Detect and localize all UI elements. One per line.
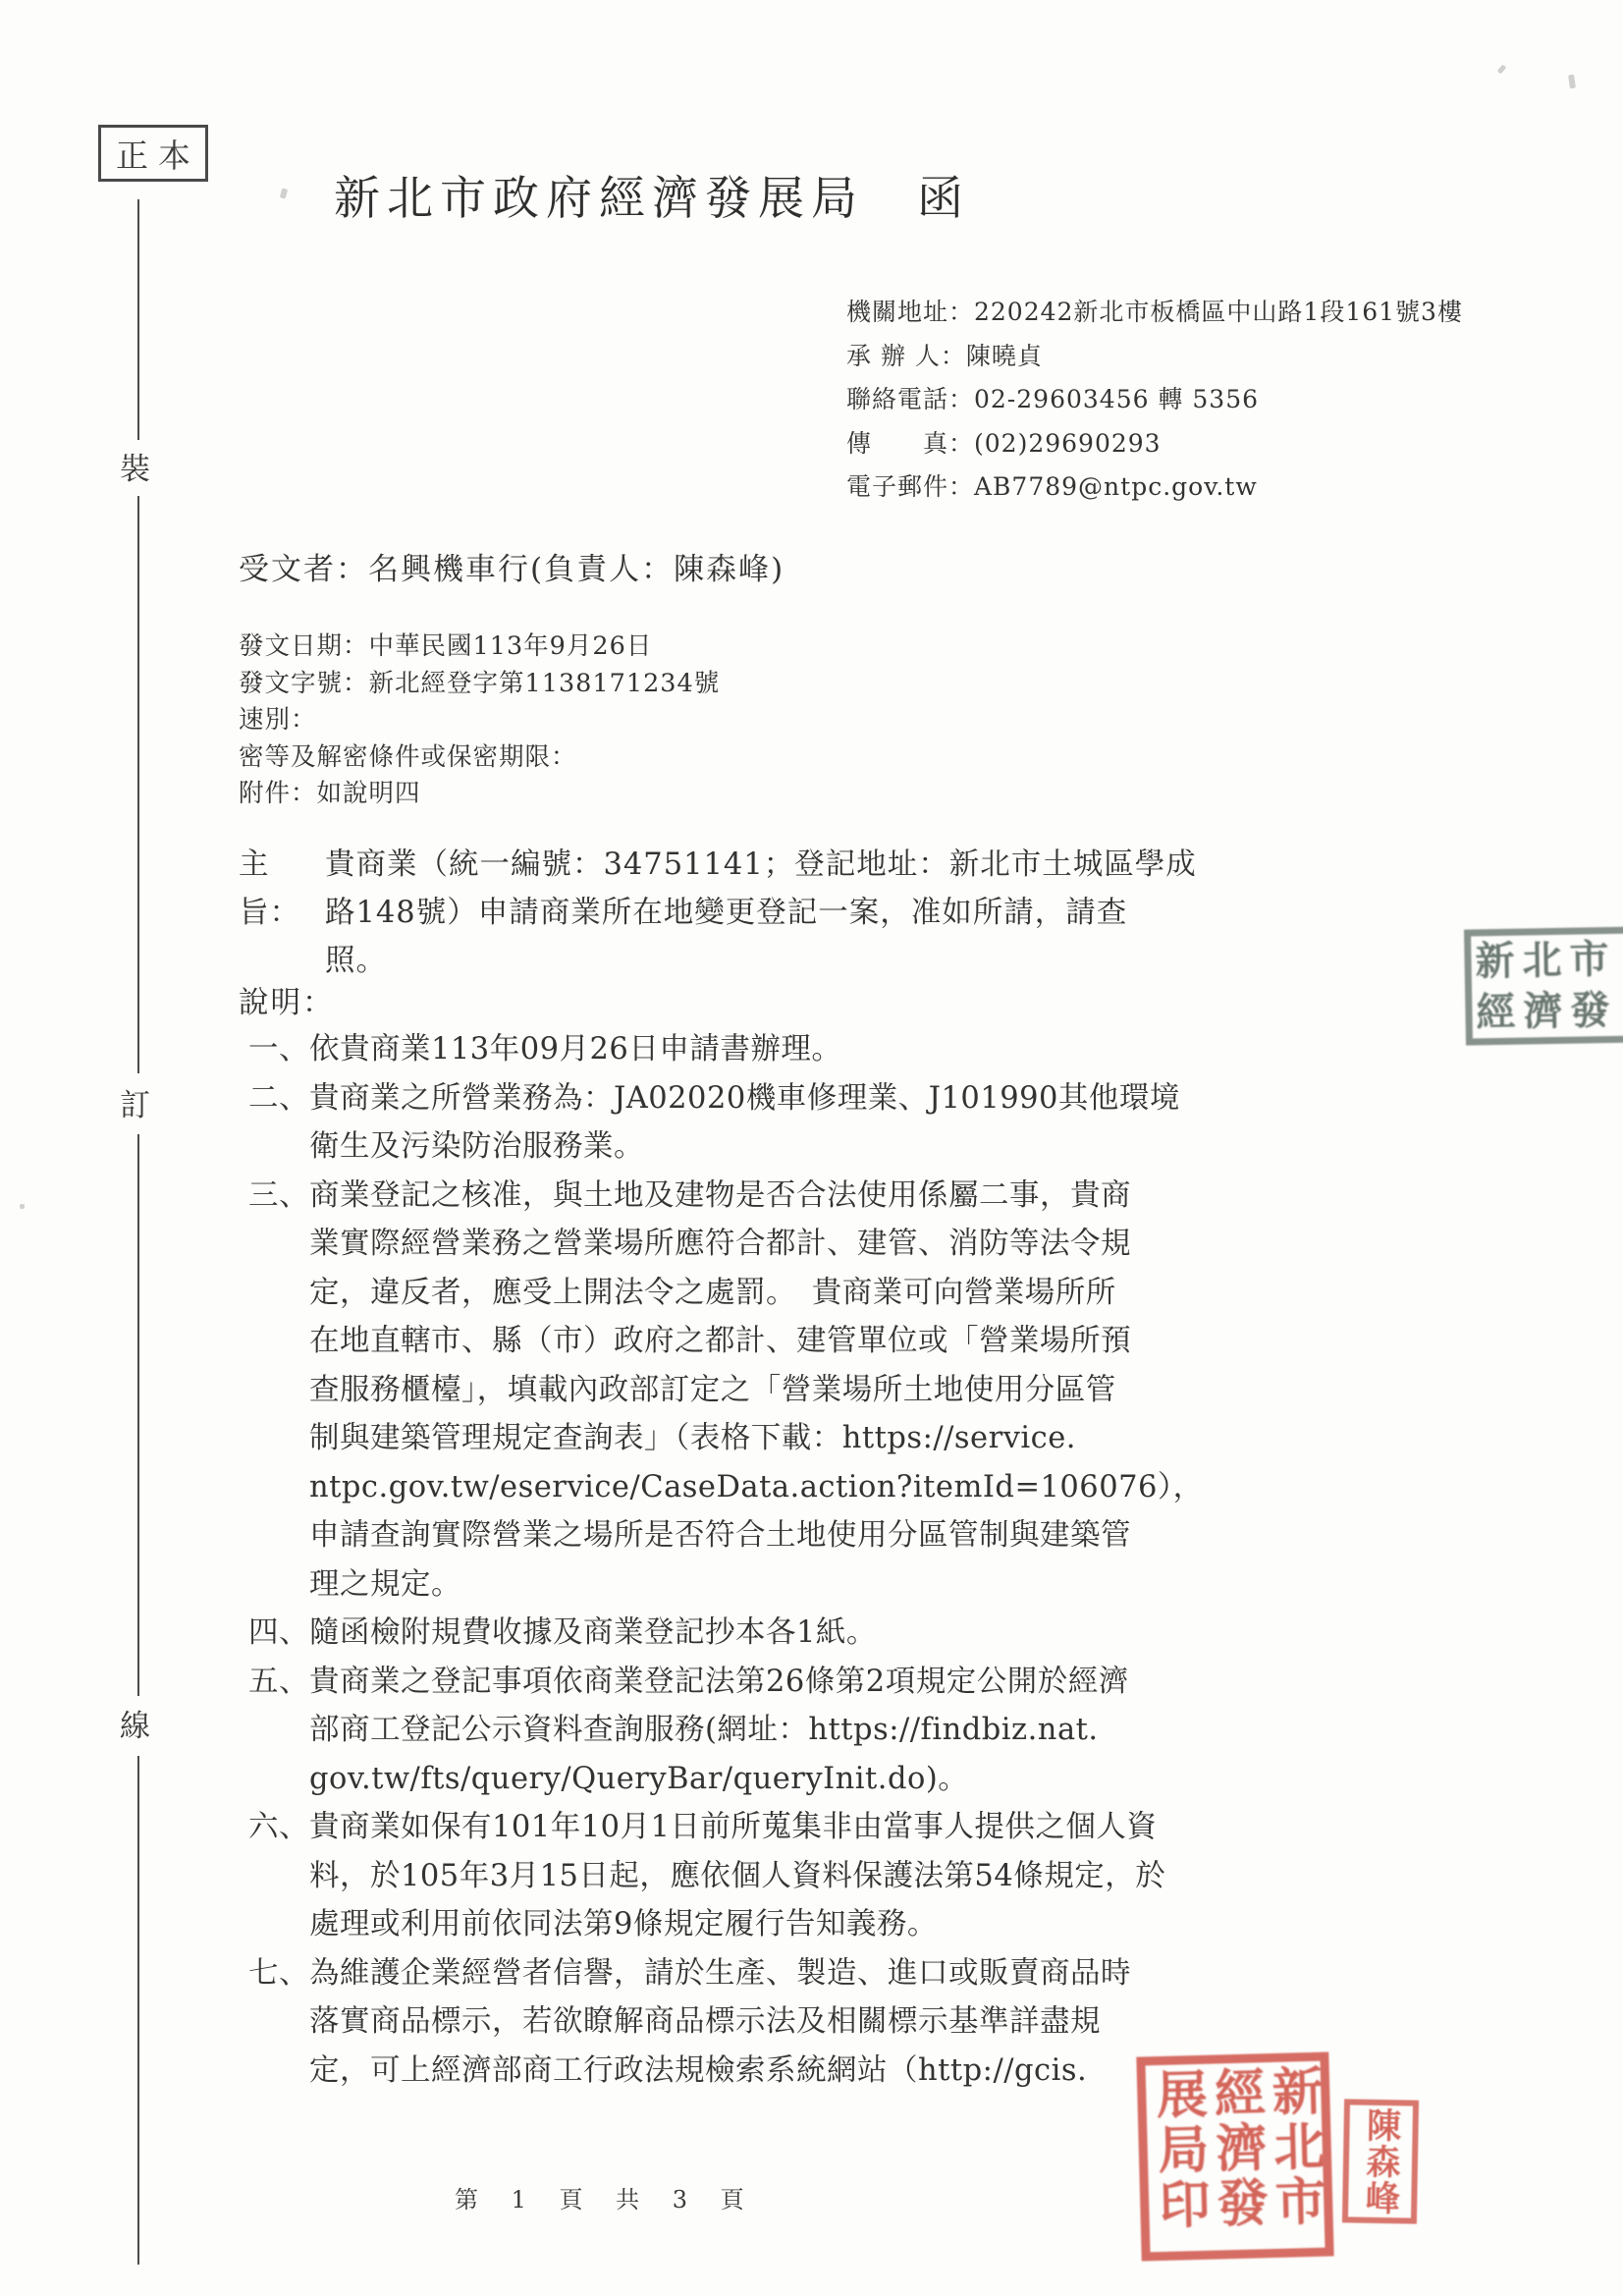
explanation-item-3: 三、 商業登記之核准，與土地及建物是否合法使用係屬二事，貴商 業實際經營業務之營… xyxy=(248,1172,1204,1610)
binding-mark-xian: 線 xyxy=(120,1701,150,1745)
copy-label-box: 正本 xyxy=(98,125,208,182)
sender-contact-block: 機關地址：220242新北市板橋區中山路1段161號3樓 承 辦 人：陳曉貞 聯… xyxy=(846,291,1463,510)
scan-artifact xyxy=(20,1204,25,1209)
binding-mark-zhuang: 裝 xyxy=(120,444,150,488)
explanation-item-4: 四、 隨函檢附規費收據及商業登記抄本各1紙。 xyxy=(248,1609,1204,1658)
copy-label: 正本 xyxy=(116,131,200,177)
subject-text: 貴商業（統一編號：34751141；登記地址：新北市土城區學成 路148號）申請… xyxy=(325,841,1197,985)
binding-line-segment xyxy=(137,199,139,440)
item-text: 貴商業如保有101年10月1日前所蒐集非由當事人提供之個人資 料，於105年3月… xyxy=(309,1803,1165,1949)
page-number: 第 1 頁 共 3 頁 xyxy=(455,2180,757,2214)
red-name-seal-stamp: 陳森峰 xyxy=(1342,2099,1419,2223)
explanation-heading: 說明： xyxy=(239,978,335,1021)
red-agency-seal-stamp: 新北市經濟發展局印 xyxy=(1136,2051,1333,2261)
agency-address: 機關地址：220242新北市板橋區中山路1段161號3樓 xyxy=(846,291,1463,335)
item-marker: 七、 xyxy=(248,1949,309,1998)
security-class: 密等及解密條件或保密期限： xyxy=(239,739,720,777)
item-marker: 三、 xyxy=(248,1172,309,1221)
item-marker: 五、 xyxy=(248,1658,309,1707)
binding-line-segment xyxy=(137,496,139,1073)
document-page: 正本 新北市政府經濟發展局 函 裝 訂 線 機關地址：220242新北市板橋區中… xyxy=(0,0,1623,2296)
attachment-note: 附件：如說明四 xyxy=(239,776,720,813)
item-text: 隨函檢附規費收據及商業登記抄本各1紙。 xyxy=(309,1609,877,1658)
seal-name-text: 陳森峰 xyxy=(1355,2106,1406,2216)
contact-email: 電子郵件：AB7789@ntpc.gov.tw xyxy=(846,465,1463,510)
scan-artifact xyxy=(1568,75,1576,89)
seal-characters: 新北市經濟發展局印 xyxy=(1146,2061,1328,2241)
item-marker: 六、 xyxy=(248,1803,309,1852)
item-text: 依貴商業113年09月26日申請書辦理。 xyxy=(309,1025,841,1074)
explanation-item-1: 一、 依貴商業113年09月26日申請書辦理。 xyxy=(248,1025,1204,1074)
explanation-items: 一、 依貴商業113年09月26日申請書辦理。 二、 貴商業之所營業務為：JA0… xyxy=(248,1025,1204,2095)
document-title: 新北市政府經濟發展局 函 xyxy=(334,162,970,228)
scan-artifact xyxy=(1497,64,1507,74)
binding-mark-ding: 訂 xyxy=(120,1080,150,1124)
subject-label: 主旨： xyxy=(239,841,325,937)
item-text: 商業登記之核准，與土地及建物是否合法使用係屬二事，貴商 業實際經營業務之營業場所… xyxy=(309,1172,1204,1610)
subject-section: 主旨： 貴商業（統一編號：34751141；登記地址：新北市土城區學成 路148… xyxy=(239,841,1197,985)
gray-agency-seal-stamp: 新北市 經濟發 xyxy=(1464,926,1623,1045)
document-meta-block: 發文日期：中華民國113年9月26日 發文字號：新北經登字第1138171234… xyxy=(239,629,720,813)
item-marker: 四、 xyxy=(248,1609,309,1658)
item-text: 貴商業之所營業務為：JA02020機車修理業、J101990其他環境 衛生及污染… xyxy=(309,1074,1180,1172)
item-marker: 一、 xyxy=(248,1025,309,1074)
item-text: 貴商業之登記事項依商業登記法第26條第2項規定公開於經濟 部商工登記公示資料查詢… xyxy=(309,1658,1129,1804)
binding-line-segment xyxy=(137,1756,139,2265)
scan-artifact xyxy=(280,188,288,198)
contact-fax: 傳 真：(02)29690293 xyxy=(846,422,1463,466)
seal-text-row: 經濟發 xyxy=(1472,988,1623,1036)
contact-phone: 聯絡電話：02-29603456 轉 5356 xyxy=(846,378,1463,422)
item-text: 為維護企業經營者信譽，請於生產、製造、進口或販賣商品時 落實商品標示，若欲瞭解商… xyxy=(309,1949,1131,2096)
document-number: 發文字號：新北經登字第1138171234號 xyxy=(239,666,720,703)
binding-line-segment xyxy=(137,1134,139,1696)
contact-person: 承 辦 人：陳曉貞 xyxy=(846,335,1463,379)
seal-text-row: 新北市 xyxy=(1471,937,1623,985)
explanation-item-5: 五、 貴商業之登記事項依商業登記法第26條第2項規定公開於經濟 部商工登記公示資… xyxy=(248,1658,1204,1804)
recipient-line: 受文者：名興機車行(負責人：陳森峰) xyxy=(239,544,784,588)
item-marker: 二、 xyxy=(248,1074,309,1123)
issue-date: 發文日期：中華民國113年9月26日 xyxy=(239,629,720,666)
explanation-item-2: 二、 貴商業之所營業務為：JA02020機車修理業、J101990其他環境 衛生… xyxy=(248,1074,1204,1172)
speed-class: 速別： xyxy=(239,702,720,739)
explanation-item-6: 六、 貴商業如保有101年10月1日前所蒐集非由當事人提供之個人資 料，於105… xyxy=(248,1803,1204,1949)
explanation-item-7: 七、 為維護企業經營者信譽，請於生產、製造、進口或販賣商品時 落實商品標示，若欲… xyxy=(248,1949,1204,2096)
